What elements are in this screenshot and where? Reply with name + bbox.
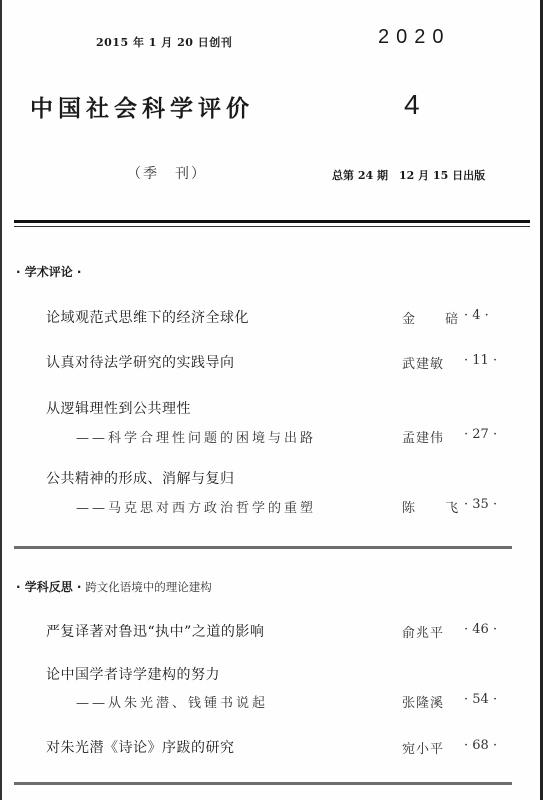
toc-page: 2015 年 1 月 20 日创刊 2020 中国社会科学评价 4 （季 刊） … [0, 0, 543, 800]
section-divider [14, 546, 512, 549]
toc-entry-subtitle: ——科学合理性问题的困境与出路 [76, 427, 316, 446]
section-subtitle: 跨文化语境中的理论建构 [85, 580, 212, 594]
toc-entry-title[interactable]: 公共精神的形成、消解与复归 [46, 468, 235, 488]
toc-entry-subtitle: ——从朱光潜、钱锺书说起 [76, 692, 268, 711]
toc-entry-title[interactable]: 从逻辑理性到公共理性 [46, 398, 191, 418]
toc-entry-title[interactable]: 论域观范式思维下的经济全球化 [46, 307, 249, 327]
publication-year: 2020 [378, 26, 451, 49]
toc-entry-page: · 11 · [464, 353, 530, 368]
toc-entry-page: · 35 · [464, 497, 530, 512]
toc-entry-page: · 68 · [464, 738, 530, 753]
header-rule-thick [14, 220, 530, 223]
toc-entry-title[interactable]: 严复译著对鲁迅“执中”之道的影响 [46, 621, 264, 641]
section-heading-discipline-reflection: · 学科反思 · 跨文化语境中的理论建构 [16, 578, 212, 595]
toc-entry-title[interactable]: 认真对待法学研究的实践导向 [46, 352, 235, 372]
publication-info: 总第 24 期 12 月 15 日出版 [332, 167, 485, 183]
toc-entry-subtitle: ——马克思对西方政治哲学的重塑 [76, 497, 316, 516]
toc-entry-author: 俞兆平 [402, 622, 462, 641]
toc-entry-author: 宛小平 [402, 738, 462, 757]
section-heading-academic-review: · 学术评论 · [16, 263, 81, 280]
toc-entry-author: 金 碚 [402, 308, 462, 327]
toc-entry-page: · 27 · [464, 427, 530, 442]
bottom-divider [14, 782, 512, 785]
toc-entry-title[interactable]: 论中国学者诗学建构的努力 [46, 664, 220, 684]
toc-entry-title[interactable]: 对朱光潜《诗论》序跋的研究 [46, 737, 235, 757]
toc-entry-author: 武建敏 [402, 353, 462, 372]
toc-entry-page: · 54 · [464, 692, 530, 707]
header-rule-thin [14, 226, 530, 227]
toc-entry-page: · 4 · [464, 308, 530, 323]
issue-number: 4 [404, 89, 420, 121]
toc-entry-author: 张隆溪 [402, 692, 462, 711]
publication-frequency: （季 刊） [127, 163, 207, 183]
toc-entry-page: · 46 · [464, 622, 530, 637]
section-title: · 学术评论 · [16, 265, 81, 279]
section-title: · 学科反思 · [16, 580, 81, 594]
founded-date: 2015 年 1 月 20 日创刊 [96, 34, 232, 50]
journal-title: 中国社会科学评价 [30, 90, 254, 123]
toc-entry-author: 孟建伟 [402, 427, 462, 446]
toc-entry-author: 陈 飞 [402, 497, 462, 516]
